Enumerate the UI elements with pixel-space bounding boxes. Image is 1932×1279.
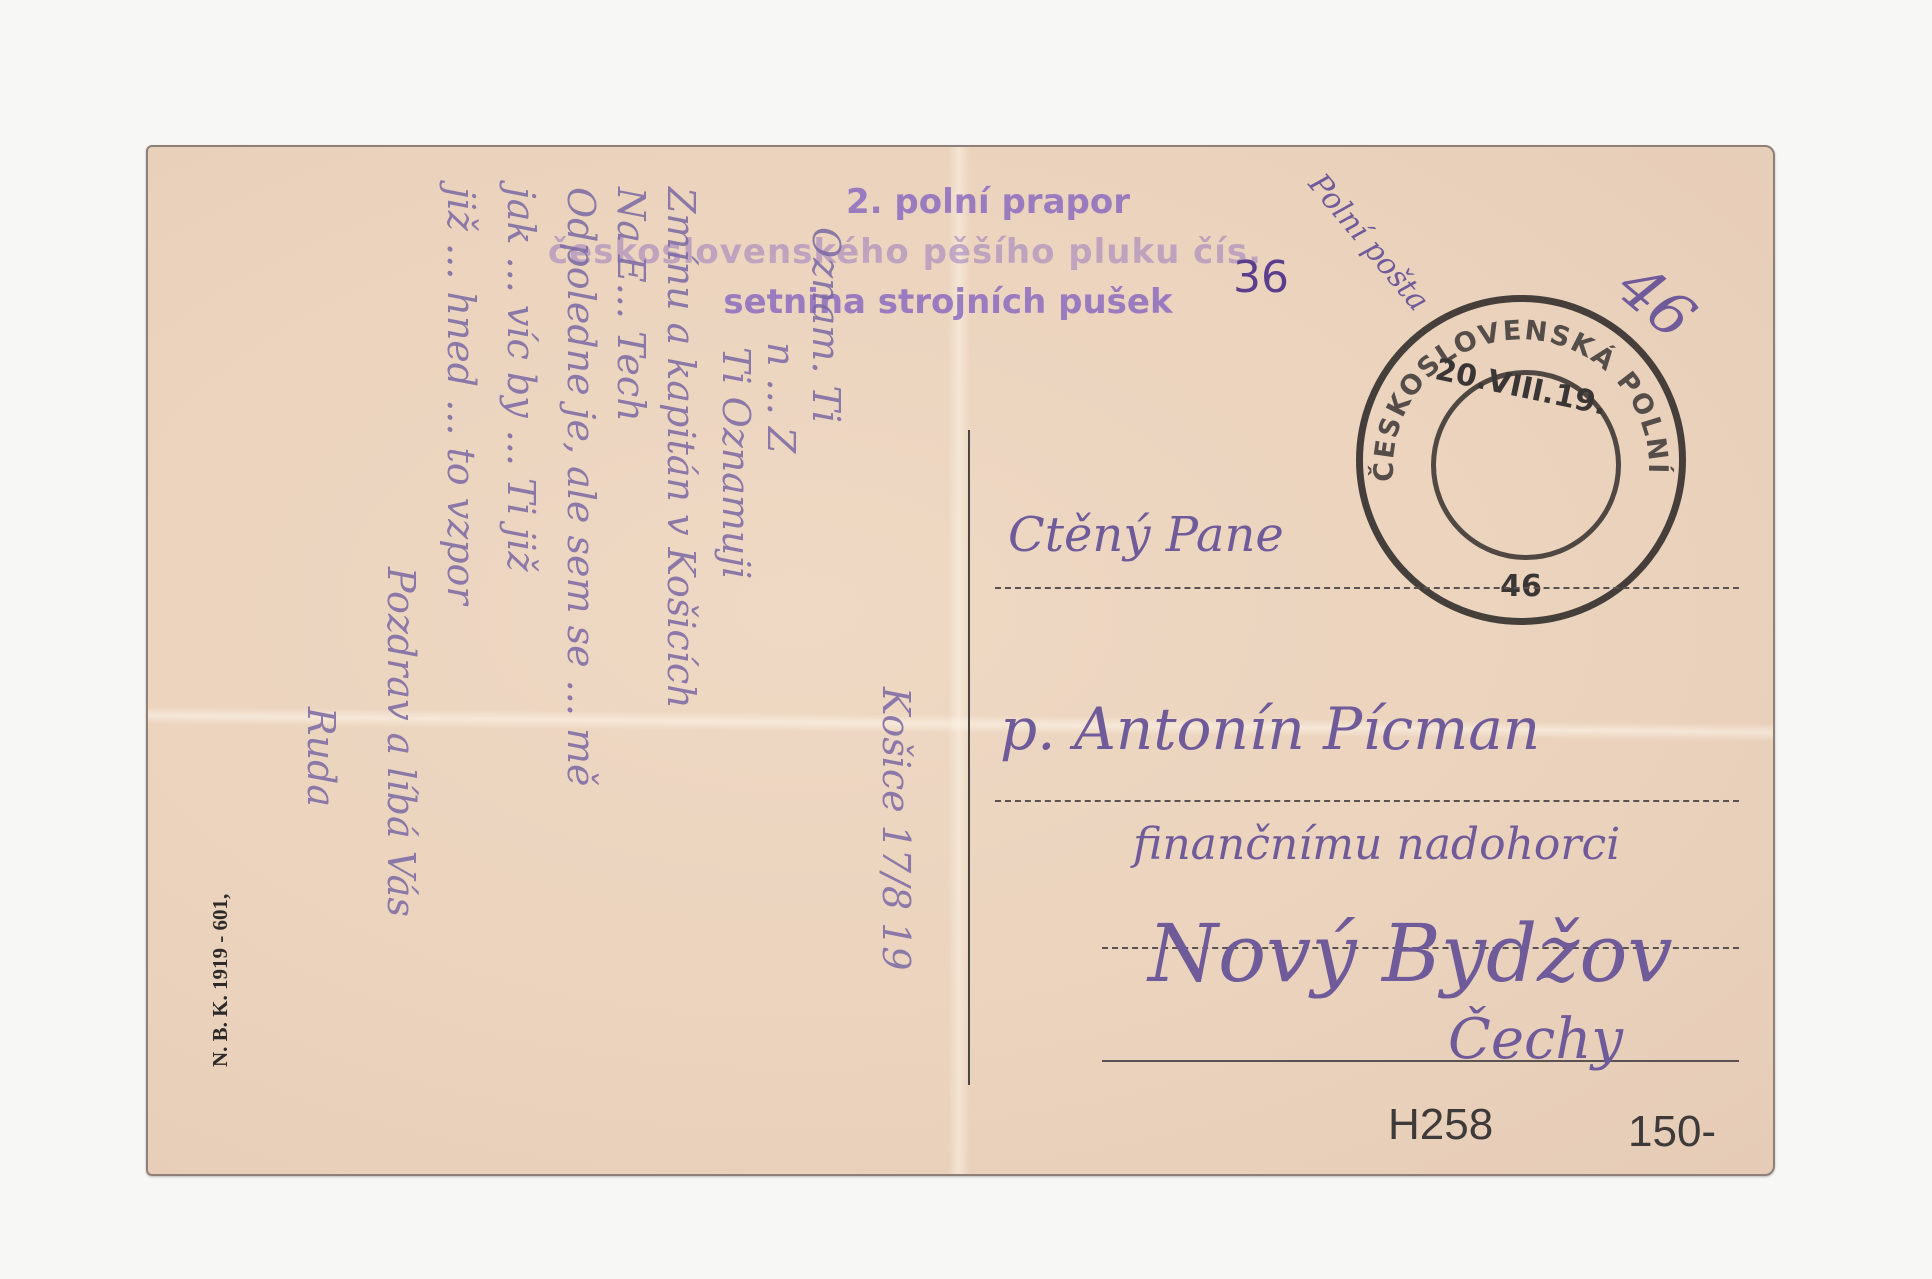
message-column-3: Ti Oznamuji (714, 347, 758, 579)
address-line-2 (995, 800, 1739, 802)
printer-mark: N. B. K. 1919 - 601, (208, 894, 233, 1067)
address-divider-line (968, 430, 970, 1085)
message-column-5: Na E... Tech (609, 187, 653, 422)
address-region: Čechy (1448, 1007, 1623, 1072)
message-column-2: n ... Z (759, 342, 803, 453)
postcard: N. B. K. 1919 - 601, 2. polní prapor čes… (146, 145, 1775, 1176)
message-column-1: Oznam. Ti (804, 227, 848, 423)
message-place-date: Košice 17/8 19 (874, 687, 918, 971)
postmark-cancel: ČESKOSLOVENSKÁ POLNÍ POŠTA 20.VIII.19. 4… (1356, 295, 1686, 625)
message-column-6: Odpoledne je, ale sem se ... mě (559, 187, 603, 787)
address-city: Nový Bydžov (1148, 907, 1673, 1000)
address-salutation: Ctěný Pane (1008, 507, 1284, 563)
address-name: p. Antonín Pícman (1000, 695, 1540, 763)
address-title: finančnímu nadohorci (1133, 819, 1620, 870)
price-note: 150- (1628, 1107, 1716, 1157)
message-column-8: již ... hned ... to vzpor (439, 187, 483, 605)
message-column-4: Zmínu a kapitán v Košicích (659, 187, 703, 709)
message-column-7: jak ... víc by ... Ti již (499, 187, 543, 572)
message-signature: Ruda (299, 707, 343, 807)
regiment-number: 36 (1233, 252, 1289, 303)
address-line-4 (1102, 1060, 1739, 1062)
address-line-1 (995, 587, 1739, 589)
catalog-number-note: H258 (1388, 1100, 1493, 1150)
message-closing: Pozdrav a líbá Vás (379, 567, 423, 917)
